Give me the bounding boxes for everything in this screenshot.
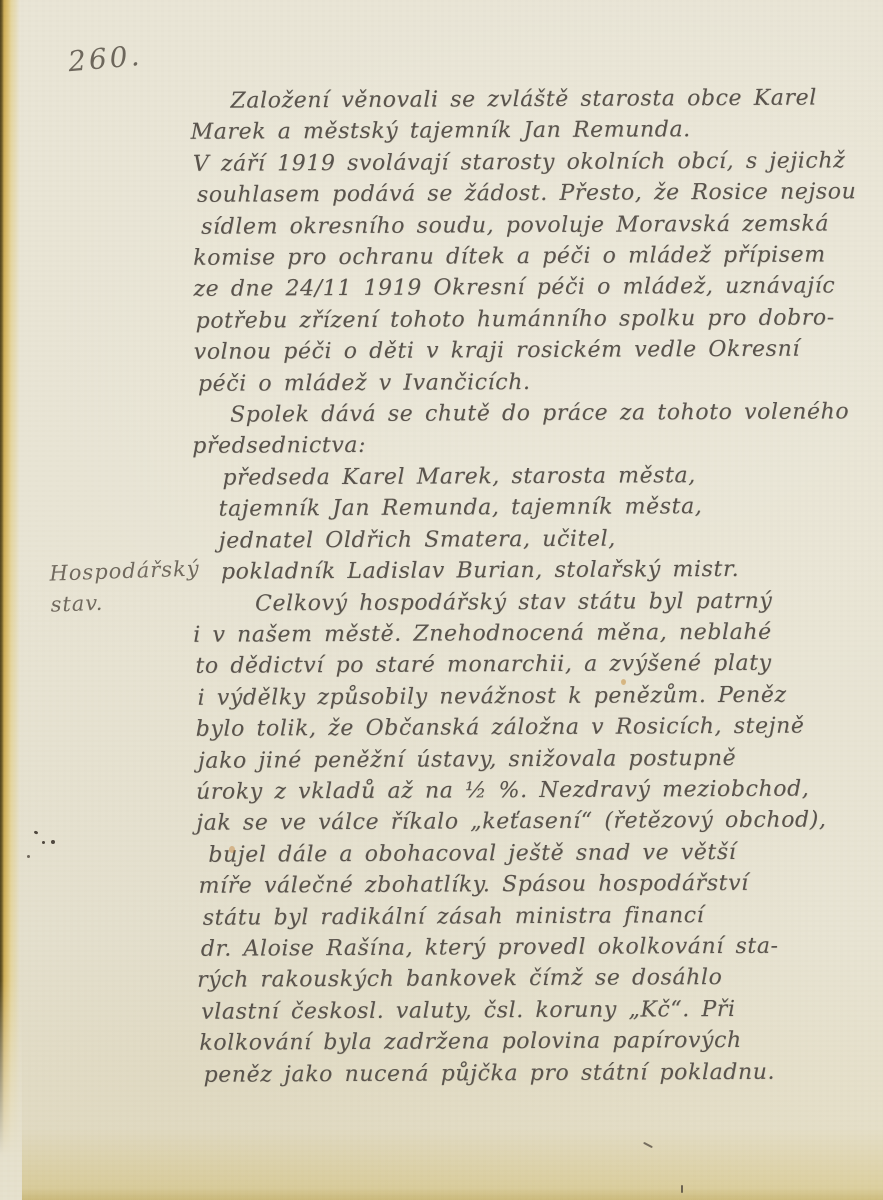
text-line: tajemník Jan Remunda, tajemník města,	[193, 490, 875, 525]
binding-edge-fade	[0, 980, 22, 1200]
text-line: i v našem městě. Znehodnocená měna, nebl…	[193, 616, 875, 651]
text-line: jako jiné peněžní ústavy, snižovala post…	[194, 742, 876, 777]
ink-speck	[34, 830, 39, 834]
text-line: jednatel Oldřich Smatera, učitel,	[193, 522, 875, 557]
text-line: i výdělky způsobily nevážnost k penězům.…	[193, 679, 875, 714]
text-line: to dědictví po staré monarchii, a zvýšen…	[193, 648, 875, 683]
manuscript-text: Založení věnovali se zvláště starosta ob…	[190, 82, 877, 1091]
text-line: úroky z vkladů až na ½ %. Nezdravý mezio…	[194, 773, 876, 808]
text-line: vlastní českosl. valuty, čsl. koruny „Kč…	[195, 993, 877, 1028]
text-line: rých rakouských bankovek čímž se dosáhlo	[195, 962, 877, 997]
text-line: předsednictva:	[192, 428, 874, 463]
text-line: Marek a městský tajemník Jan Remunda.	[191, 114, 873, 149]
text-line: bujel dále a obohacoval ještě snad ve vě…	[194, 836, 876, 871]
ink-speck	[681, 1185, 683, 1193]
text-line: Založení věnovali se zvláště starosta ob…	[190, 82, 872, 117]
text-line: předseda Karel Marek, starosta města,	[192, 459, 874, 494]
text-line: kolkování byla zadržena polovina papírov…	[195, 1024, 877, 1059]
text-line: dr. Aloise Rašína, který provedl okolkov…	[195, 930, 877, 965]
margin-note-line-1: Hospodářský	[49, 553, 200, 589]
paper-stain	[621, 679, 626, 685]
ink-speck	[42, 841, 45, 844]
text-line: bylo tolik, že Občanská záložna v Rosicí…	[194, 710, 876, 745]
margin-note: Hospodářský stav.	[49, 553, 201, 620]
manuscript-page: 260. Hospodářský stav. Založení věnovali…	[0, 0, 883, 1200]
ink-speck	[643, 1142, 653, 1148]
text-line: Celkový hospodářský stav státu byl patrn…	[193, 585, 875, 620]
margin-note-line-2: stav.	[50, 584, 201, 620]
text-line: sídlem okresního soudu, povoluje Moravsk…	[191, 208, 873, 243]
text-line: péči o mládež v Ivančicích.	[192, 365, 874, 400]
text-line: komise pro ochranu dítek a péči o mládež…	[191, 239, 873, 274]
text-line: volnou péči o děti v kraji rosickém vedl…	[192, 333, 874, 368]
page-number: 260.	[67, 39, 144, 78]
text-line: míře válečné zbohatlíky. Spásou hospodář…	[194, 867, 876, 902]
text-line: potřebu zřízení tohoto humánního spolku …	[192, 302, 874, 337]
ink-speck	[51, 840, 55, 844]
text-line: V září 1919 svolávají starosty okolních …	[191, 145, 873, 180]
text-line: ze dne 24/11 1919 Okresní péči o mládež,…	[191, 271, 873, 306]
text-line: peněz jako nucená půjčka pro státní pokl…	[195, 1056, 877, 1091]
ink-speck	[27, 855, 30, 858]
text-line: státu byl radikální zásah ministra finan…	[195, 899, 877, 934]
text-line: pokladník Ladislav Burian, stolařský mis…	[193, 553, 875, 588]
text-line: Spolek dává se chutě do práce za tohoto …	[192, 396, 874, 431]
text-line: jak se ve válce říkalo „keťasení“ (řetěz…	[194, 805, 876, 840]
text-line: souhlasem podává se žádost. Přesto, že R…	[191, 176, 873, 211]
paper-stain	[229, 846, 235, 853]
